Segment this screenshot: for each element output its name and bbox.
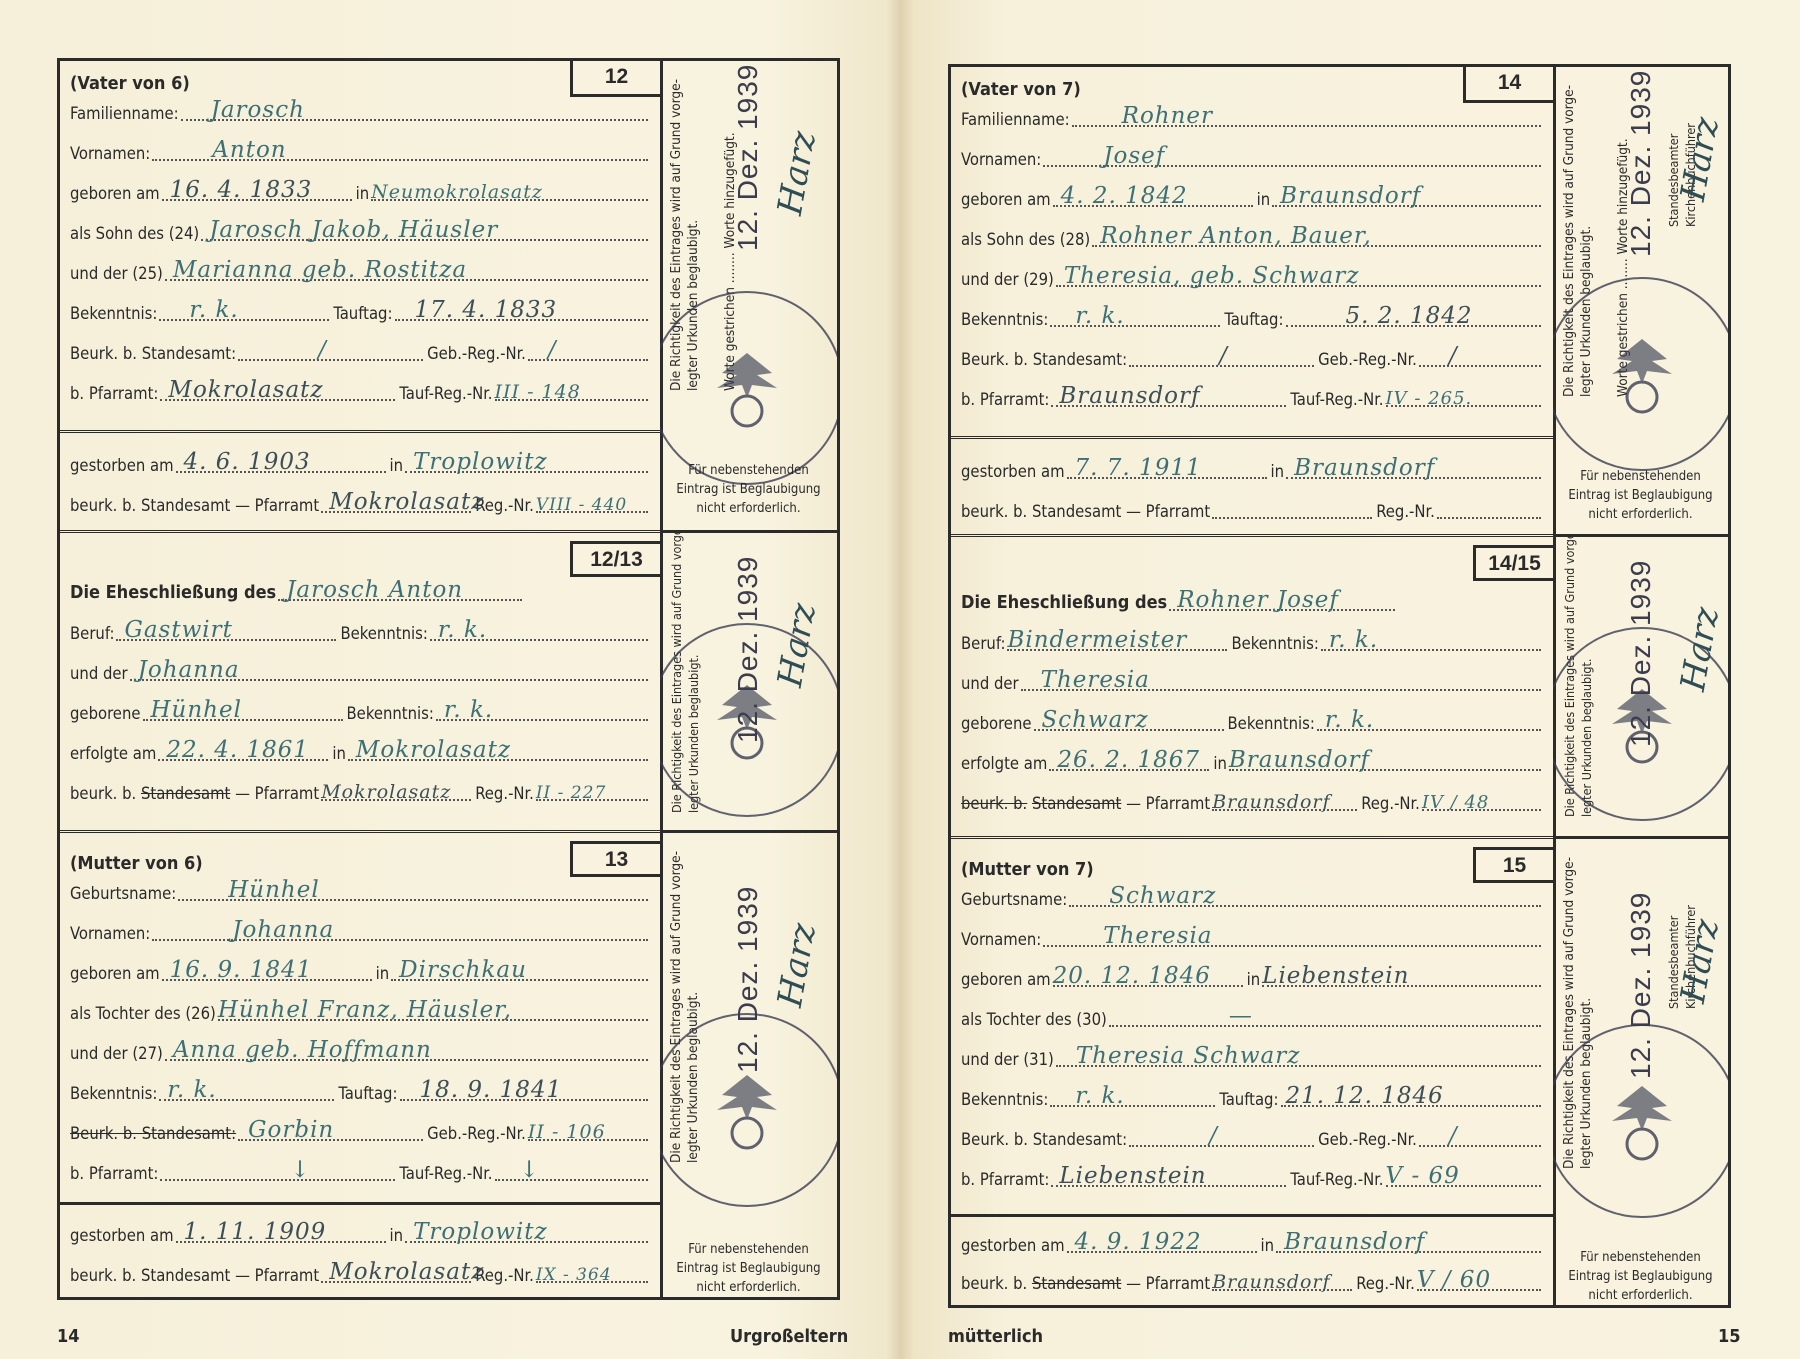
birth-row: geboren am 16. 9. 1841 in Dirschkau — [70, 957, 652, 987]
mother-death-section: gestorben am 1. 11. 1909 in Troplowitz b… — [60, 1205, 660, 1300]
daughter-of-field[interactable]: Hünhel Franz, Häusler, — [218, 995, 648, 1021]
and-of-row: und der (27) Anna geb. Hoffmann — [70, 1037, 652, 1067]
given-names-field[interactable]: Johanna — [152, 915, 648, 941]
father-death-section: gestorben am 7. 7. 1911 in Braunsdorf be… — [951, 439, 1553, 537]
birth-row: geboren am 4. 2. 1842 in Braunsdorf — [961, 183, 1545, 213]
right-form: 14 (Vater von 7) Familienname: Rohner Vo… — [948, 64, 1556, 1308]
eagle-emblem-icon — [712, 1065, 782, 1155]
baptism-day-field[interactable]: 21. 12. 1846 — [1281, 1081, 1542, 1107]
marriage-date-field[interactable]: 26. 2. 1867 — [1049, 745, 1209, 771]
death-reg-no-field[interactable]: VIII - 440 — [536, 487, 648, 513]
occupation-field[interactable]: Bindermeister — [1007, 625, 1227, 651]
birth-reg-no-field[interactable]: / — [528, 335, 648, 361]
entry-number: 15 — [1473, 847, 1553, 883]
right-certification-column: Die Richtigkeit des Eintrages wird auf G… — [1553, 64, 1731, 1308]
and-of-field[interactable]: Marianna geb. Rostitza — [165, 255, 648, 281]
marriage-place-field[interactable]: Mokrolasatz — [348, 735, 648, 761]
occupation-field[interactable]: Gastwirt — [116, 615, 336, 641]
son-of-row: als Sohn des (28) Rohner Anton, Bauer, — [961, 223, 1545, 253]
section-header: (Vater von 7) — [961, 79, 1081, 100]
and-of-field[interactable]: Theresia Schwarz — [1056, 1041, 1541, 1067]
husband-confession-field[interactable]: r. k. — [430, 615, 648, 641]
death-date-field[interactable]: 7. 7. 1911 — [1067, 453, 1267, 479]
given-names-row: Vornamen: Anton — [70, 137, 652, 167]
father-section: 14 (Vater von 7) Familienname: Rohner Vo… — [951, 67, 1553, 439]
birth-date-field[interactable]: 20. 12. 1846 — [1053, 961, 1243, 987]
marriage-reg-no-field[interactable]: II - 227 — [536, 775, 648, 801]
not-required-note: Für nebenstehenden Eintrag ist Beglaubig… — [1553, 1248, 1728, 1305]
section-header: (Vater von 6) — [70, 73, 190, 94]
wife-field[interactable]: Johanna — [130, 655, 648, 681]
registry-office-field[interactable]: / — [238, 335, 423, 361]
marriage-date-row: erfolgte am 26. 2. 1867 in Braunsdorf — [961, 747, 1545, 777]
baptism-reg-no-field[interactable]: IV - 265. — [1386, 381, 1541, 407]
and-of-row: und der (31) Theresia Schwarz — [961, 1043, 1545, 1073]
registry-row: Beurk. b. Standesamt: Gorbin Geb.-Reg.-N… — [70, 1117, 652, 1147]
birth-name-row: Geburtsname: Hünhel — [70, 877, 652, 907]
birth-row: geboren am 20. 12. 1846 in Liebenstein — [961, 963, 1545, 993]
certification-cell: Die Richtigkeit des Eintrages wird auf G… — [1553, 537, 1728, 839]
official-signature: Harz — [770, 920, 824, 1010]
birth-reg-no-field[interactable]: / — [1419, 341, 1541, 367]
wife-row: und der Johanna — [70, 657, 652, 687]
marriage-section: 14/15 Die Eheschließung des Rohner Josef… — [951, 537, 1553, 839]
birth-place-field[interactable]: Neumokrolasatz — [371, 175, 648, 201]
baptism-day-field[interactable]: 5. 2. 1842 — [1286, 301, 1542, 327]
death-place-field[interactable]: Braunsdorf — [1286, 453, 1541, 479]
footer-title-left: Urgroßeltern — [730, 1326, 848, 1347]
birth-reg-no-field[interactable]: II - 106 — [528, 1115, 648, 1141]
parish-office-field[interactable]: Mokrolasatz — [160, 375, 395, 401]
father-death-section: gestorben am 4. 6. 1903 in Troplowitz be… — [60, 433, 660, 533]
family-name-field[interactable]: Jarosch — [181, 95, 648, 121]
death-date-field[interactable]: 4. 9. 1922 — [1067, 1227, 1257, 1253]
and-of-row: und der (29) Theresia, geb. Schwarz — [961, 263, 1545, 293]
parish-office-field[interactable]: Liebenstein — [1051, 1161, 1286, 1187]
mother-section: 13 (Mutter von 6) Geburtsname: Hünhel Vo… — [60, 833, 660, 1205]
not-required-note: Für nebenstehenden Eintrag ist Beglaubig… — [1553, 467, 1728, 524]
certification-cell: Die Richtigkeit des Eintrages wird auf G… — [660, 833, 837, 1303]
birth-row: geboren am 16. 4. 1833 in Neumokrolasatz — [70, 177, 652, 207]
birth-name-field[interactable]: Schwarz — [1069, 881, 1541, 907]
entry-number: 14 — [1463, 67, 1553, 103]
birth-name-field[interactable]: Hünhel — [178, 875, 648, 901]
wife-born-row: geborene Schwarz Bekenntnis: r. k. — [961, 707, 1545, 737]
death-place-field[interactable]: Troplowitz — [405, 447, 648, 473]
entry-number: 12/13 — [570, 541, 660, 577]
death-registry-field[interactable] — [1212, 493, 1372, 519]
mother-section: 15 (Mutter von 7) Geburtsname: Schwarz V… — [951, 839, 1553, 1217]
confession-row: Bekenntnis: r. k. Tauftag: 17. 4. 1833 — [70, 297, 652, 327]
parish-row: b. Pfarramt: Mokrolasatz Tauf-Reg.-Nr. I… — [70, 377, 652, 407]
marriage-place-field[interactable]: Braunsdorf — [1229, 745, 1541, 771]
official-seal-stamp — [660, 291, 837, 485]
page-number-right: 15 — [1718, 1326, 1741, 1347]
daughter-of-field[interactable]: — — [1109, 1001, 1541, 1027]
daughter-of-row: als Tochter des (26) Hünhel Franz, Häusl… — [70, 997, 652, 1027]
certification-cell: Die Richtigkeit des Eintrages wird auf G… — [1553, 839, 1728, 1311]
baptism-day-field[interactable]: 17. 4. 1833 — [395, 295, 649, 321]
death-registry-row: beurk. b. Standesamt — Pfarramt Braunsdo… — [961, 1267, 1545, 1297]
certification-cell: Die Richtigkeit des Eintrages wird auf G… — [1553, 67, 1728, 537]
parish-office-field[interactable]: ↓ — [160, 1155, 395, 1181]
certification-cell: Die Richtigkeit des Eintrages wird auf G… — [660, 533, 837, 833]
confession-row: Bekenntnis: r. k. Tauftag: 18. 9. 1841 — [70, 1077, 652, 1107]
official-seal-stamp — [1553, 277, 1728, 471]
confession-field[interactable]: r. k. — [1050, 1081, 1215, 1107]
footer-title-right: mütterlich — [948, 1326, 1043, 1347]
death-row: gestorben am 7. 7. 1911 in Braunsdorf — [961, 455, 1545, 485]
parish-office-field[interactable]: Braunsdorf — [1051, 381, 1286, 407]
family-name-row: Familienname: Rohner — [961, 103, 1545, 133]
eagle-emblem-icon — [1607, 1076, 1677, 1166]
given-names-row: Vornamen: Theresia — [961, 923, 1545, 953]
baptism-reg-no-field[interactable]: V - 69 — [1386, 1161, 1541, 1187]
baptism-reg-no-field[interactable]: ↓ — [495, 1155, 648, 1181]
registry-row: Beurk. b. Standesamt: / Geb.-Reg.-Nr. / — [961, 1123, 1545, 1153]
and-of-field[interactable]: Anna geb. Hoffmann — [165, 1035, 648, 1061]
death-reg-no-field[interactable]: V / 60 — [1417, 1265, 1541, 1291]
date-stamp: 12. Dez. 1939 — [732, 64, 764, 251]
not-required-note: Für nebenstehenden Eintrag ist Beglaubig… — [660, 461, 837, 518]
registry-office-field[interactable]: / — [1129, 341, 1314, 367]
birth-date-field[interactable]: 4. 2. 1842 — [1053, 181, 1253, 207]
marriage-parish-field[interactable]: Mokrolasatz — [321, 775, 471, 801]
family-name-field[interactable]: Rohner — [1072, 101, 1541, 127]
section-header: (Mutter von 6) — [70, 853, 203, 874]
wife-born-field[interactable]: Schwarz — [1034, 705, 1224, 731]
death-registry-row: beurk. b. Standesamt — Pfarramt Mokrolas… — [70, 489, 652, 519]
marriage-date-row: erfolgte am 22. 4. 1861 in Mokrolasatz — [70, 737, 652, 767]
page-number-left: 14 — [57, 1326, 80, 1347]
son-of-row: als Sohn des (24) Jarosch Jakob, Häusler — [70, 217, 652, 247]
entry-number: 13 — [570, 841, 660, 877]
wife-confession-field[interactable]: r. k. — [1317, 705, 1541, 731]
death-registry-field[interactable]: Mokrolasatz — [321, 1257, 471, 1283]
eagle-emblem-icon — [712, 343, 782, 433]
baptism-reg-no-field[interactable]: III - 148 — [495, 375, 648, 401]
death-registry-field[interactable]: Mokrolasatz — [321, 487, 471, 513]
date-stamp: 12. Dez. 1939 — [1625, 892, 1657, 1079]
confession-field[interactable]: r. k. — [1050, 301, 1220, 327]
date-stamp: 12. Dez. 1939 — [732, 886, 764, 1073]
left-form: 12 (Vater von 6) Familienname: Jarosch V… — [57, 58, 663, 1300]
husband-field[interactable]: Jarosch Anton — [278, 575, 522, 601]
death-date-field[interactable]: 1. 11. 1909 — [176, 1217, 386, 1243]
death-reg-no-field[interactable]: IX - 364 — [536, 1257, 648, 1283]
parish-row: b. Pfarramt: Liebenstein Tauf-Reg.-Nr. V… — [961, 1163, 1545, 1193]
occupation-row: Beruf: Bindermeister Bekenntnis: r. k. — [961, 627, 1545, 657]
marriage-registry-row: beurk. b. Standesamt — Pfarramt Mokrolas… — [70, 777, 652, 807]
birth-place-field[interactable]: Braunsdorf — [1272, 181, 1541, 207]
eagle-emblem-icon — [1607, 329, 1677, 419]
birth-reg-no-field[interactable]: / — [1419, 1121, 1541, 1147]
death-row: gestorben am 4. 6. 1903 in Troplowitz — [70, 449, 652, 479]
registry-row: Beurk. b. Standesamt: / Geb.-Reg.-Nr. / — [70, 337, 652, 367]
parish-row: b. Pfarramt: Braunsdorf Tauf-Reg.-Nr. IV… — [961, 383, 1545, 413]
wife-born-row: geborene Hünhel Bekenntnis: r. k. — [70, 697, 652, 727]
wife-born-field[interactable]: Hünhel — [143, 695, 343, 721]
death-row: gestorben am 4. 9. 1922 in Braunsdorf — [961, 1229, 1545, 1259]
marriage-of-row: Die Eheschließung des Rohner Josef — [961, 587, 1545, 617]
death-registry-row: beurk. b. Standesamt — Pfarramt Mokrolas… — [70, 1259, 652, 1289]
certification-cell: Die Richtigkeit des Eintrages wird auf G… — [660, 61, 837, 533]
confession-field[interactable]: r. k. — [159, 1075, 334, 1101]
family-name-row: Familienname: Jarosch — [70, 97, 652, 127]
father-section: 12 (Vater von 6) Familienname: Jarosch V… — [60, 61, 660, 433]
confession-row: Bekenntnis: r. k. Tauftag: 5. 2. 1842 — [961, 303, 1545, 333]
wife-row: und der Theresia — [961, 667, 1545, 697]
marriage-registry-row: beurk. b. Standesamt — Pfarramt Braunsdo… — [961, 787, 1545, 817]
birth-place-field[interactable]: Liebenstein — [1262, 961, 1541, 987]
occupation-row: Beruf: Gastwirt Bekenntnis: r. k. — [70, 617, 652, 647]
registry-office-field[interactable]: / — [1129, 1121, 1314, 1147]
marriage-date-field[interactable]: 22. 4. 1861 — [158, 735, 328, 761]
official-signature: Harz — [770, 128, 824, 218]
birth-date-field[interactable]: 16. 4. 1833 — [162, 175, 352, 201]
parish-row: b. Pfarramt: ↓ Tauf-Reg.-Nr. ↓ — [70, 1157, 652, 1187]
given-names-row: Vornamen: Johanna — [70, 917, 652, 947]
marriage-section: 12/13 Die Eheschließung des Jarosch Anto… — [60, 533, 660, 833]
husband-field[interactable]: Rohner Josef — [1169, 585, 1395, 611]
date-stamp: 12. Dez. 1939 — [1625, 560, 1657, 747]
death-place-field[interactable]: Braunsdorf — [1276, 1227, 1541, 1253]
date-stamp: 12. Dez. 1939 — [732, 556, 764, 743]
date-stamp: 12. Dez. 1939 — [1625, 70, 1657, 257]
death-place-field[interactable]: Troplowitz — [405, 1217, 648, 1243]
and-of-row: und der (25) Marianna geb. Rostitza — [70, 257, 652, 287]
registry-office-field[interactable]: Gorbin — [238, 1115, 423, 1141]
death-date-field[interactable]: 4. 6. 1903 — [176, 447, 386, 473]
given-names-field[interactable]: Theresia — [1043, 921, 1541, 947]
wife-confession-field[interactable]: r. k. — [436, 695, 648, 721]
not-required-note: Für nebenstehenden Eintrag ist Beglaubig… — [660, 1240, 837, 1297]
given-names-field[interactable]: Anton — [152, 135, 648, 161]
death-reg-no-field[interactable] — [1437, 493, 1541, 519]
wife-field[interactable]: Theresia — [1021, 665, 1541, 691]
baptism-day-field[interactable]: 18. 9. 1841 — [400, 1075, 649, 1101]
registry-row: Beurk. b. Standesamt: / Geb.-Reg.-Nr. / — [961, 343, 1545, 373]
birth-name-row: Geburtsname: Schwarz — [961, 883, 1545, 913]
given-names-field[interactable]: Josef — [1043, 141, 1541, 167]
and-of-field[interactable]: Theresia, geb. Schwarz — [1056, 261, 1541, 287]
son-of-field[interactable]: Rohner Anton, Bauer, — [1092, 221, 1541, 247]
entry-number: 12 — [570, 61, 660, 97]
confession-field[interactable]: r. k. — [159, 295, 329, 321]
entry-number: 14/15 — [1473, 545, 1553, 581]
mother-death-section: gestorben am 4. 9. 1922 in Braunsdorf be… — [951, 1217, 1553, 1307]
left-certification-column: Die Richtigkeit des Eintrages wird auf G… — [660, 58, 840, 1300]
given-names-row: Vornamen: Josef — [961, 143, 1545, 173]
daughter-of-row: als Tochter des (30) — — [961, 1003, 1545, 1033]
husband-confession-field[interactable]: r. k. — [1321, 625, 1541, 651]
birth-date-field[interactable]: 16. 9. 1841 — [162, 955, 372, 981]
confession-row: Bekenntnis: r. k. Tauftag: 21. 12. 1846 — [961, 1083, 1545, 1113]
son-of-field[interactable]: Jarosch Jakob, Häusler — [201, 215, 648, 241]
death-row: gestorben am 1. 11. 1909 in Troplowitz — [70, 1219, 652, 1249]
marriage-parish-field[interactable]: Braunsdorf — [1212, 785, 1357, 811]
section-header: (Mutter von 7) — [961, 859, 1094, 880]
birth-place-field[interactable]: Dirschkau — [391, 955, 648, 981]
marriage-reg-no-field[interactable]: IV / 48 — [1422, 785, 1541, 811]
death-registry-row: beurk. b. Standesamt — Pfarramt Reg.-Nr. — [961, 495, 1545, 525]
marriage-of-row: Die Eheschließung des Jarosch Anton — [70, 577, 652, 607]
book-gutter — [886, 0, 914, 1359]
death-registry-field[interactable]: Braunsdorf — [1212, 1265, 1352, 1291]
